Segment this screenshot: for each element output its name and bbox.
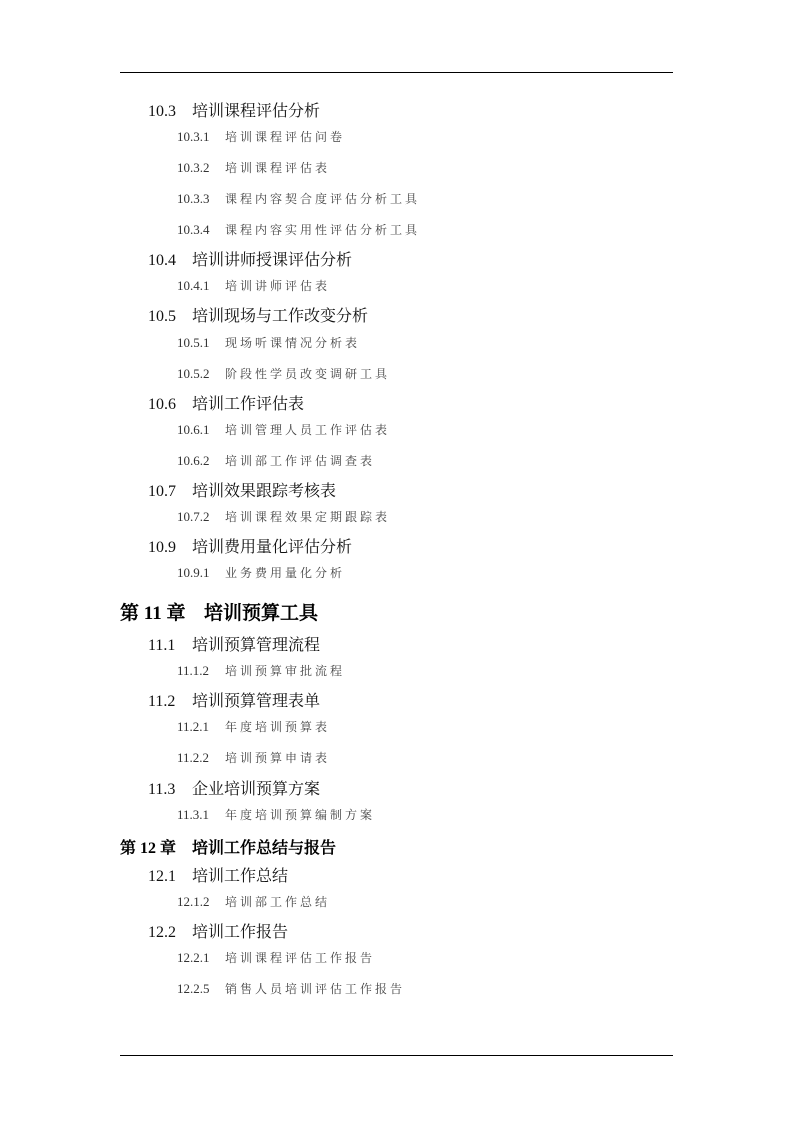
toc-number: 11.1 xyxy=(148,637,192,655)
toc-entry-sub[interactable]: 12.2.1培训课程评估工作报告 xyxy=(177,949,375,966)
toc-number: 11.3 xyxy=(148,781,192,799)
toc-entry-sub[interactable]: 10.6.2培训部工作评估调查表 xyxy=(177,452,375,469)
toc-entry-section[interactable]: 10.9培训费用量化评估分析 xyxy=(148,534,352,557)
toc-number: 10.3.2 xyxy=(177,160,225,176)
toc-number: 第 11 章 xyxy=(120,598,204,625)
toc-entry-section[interactable]: 10.5培训现场与工作改变分析 xyxy=(148,303,368,326)
toc-title: 培训预算工具 xyxy=(204,603,318,624)
toc-title: 培训课程评估问卷 xyxy=(225,130,345,144)
toc-title: 现场听课情况分析表 xyxy=(225,336,360,350)
toc-title: 培训工作报告 xyxy=(192,924,288,941)
toc-number: 11.2.1 xyxy=(177,719,225,735)
toc-entry-sub[interactable]: 11.1.2培训预算审批流程 xyxy=(177,662,345,679)
toc-entry-section[interactable]: 10.7培训效果跟踪考核表 xyxy=(148,478,336,501)
toc-number: 11.2.2 xyxy=(177,750,225,766)
toc-number: 10.4.1 xyxy=(177,278,225,294)
toc-number: 10.3.1 xyxy=(177,129,225,145)
toc-title: 年度培训预算表 xyxy=(225,720,330,734)
toc-entry-chapter[interactable]: 第 11 章培训预算工具 xyxy=(120,598,318,625)
toc-entry-section[interactable]: 12.2培训工作报告 xyxy=(148,919,288,942)
toc-entry-sub[interactable]: 12.1.2培训部工作总结 xyxy=(177,893,330,910)
toc-title: 阶段性学员改变调研工具 xyxy=(225,367,390,381)
toc-entry-section[interactable]: 11.1培训预算管理流程 xyxy=(148,632,320,655)
toc-title: 课程内容实用性评估分析工具 xyxy=(225,223,420,237)
toc-title: 培训课程效果定期跟踪表 xyxy=(225,510,390,524)
toc-number: 12.2.5 xyxy=(177,981,225,997)
toc-number: 11.3.1 xyxy=(177,807,225,823)
toc-entry-sub[interactable]: 10.9.1业务费用量化分析 xyxy=(177,564,345,581)
header-rule xyxy=(120,72,673,73)
toc-title: 培训部工作总结 xyxy=(225,895,330,909)
toc-title: 销售人员培训评估工作报告 xyxy=(225,982,405,996)
toc-number: 10.6.1 xyxy=(177,422,225,438)
toc-number: 10.5.1 xyxy=(177,335,225,351)
toc-title: 培训预算管理流程 xyxy=(192,637,320,654)
toc-title: 培训工作总结与报告 xyxy=(192,840,336,857)
toc-title: 培训预算审批流程 xyxy=(225,664,345,678)
toc-number: 10.5 xyxy=(148,308,192,326)
toc-entry-section[interactable]: 12.1培训工作总结 xyxy=(148,863,288,886)
toc-title: 培训预算申请表 xyxy=(225,751,330,765)
toc-entry-sub[interactable]: 10.3.2培训课程评估表 xyxy=(177,159,330,176)
toc-entry-section[interactable]: 10.4培训讲师授课评估分析 xyxy=(148,247,352,270)
toc-entry-section[interactable]: 10.6培训工作评估表 xyxy=(148,391,304,414)
toc-title: 培训预算管理表单 xyxy=(192,693,320,710)
toc-number: 10.3 xyxy=(148,103,192,121)
toc-title: 课程内容契合度评估分析工具 xyxy=(225,192,420,206)
toc-title: 年度培训预算编制方案 xyxy=(225,808,375,822)
toc-title: 培训工作总结 xyxy=(192,868,288,885)
toc-entry-sub[interactable]: 10.7.2培训课程效果定期跟踪表 xyxy=(177,508,390,525)
toc-entry-sub[interactable]: 10.3.4课程内容实用性评估分析工具 xyxy=(177,221,420,238)
toc-number: 12.2 xyxy=(148,924,192,942)
toc-number: 第 12 章 xyxy=(120,835,192,858)
toc-title: 培训部工作评估调查表 xyxy=(225,454,375,468)
toc-number: 10.7 xyxy=(148,483,192,501)
toc-number: 10.6 xyxy=(148,396,192,414)
toc-entry-sub[interactable]: 10.4.1培训讲师评估表 xyxy=(177,277,330,294)
toc-number: 12.2.1 xyxy=(177,950,225,966)
toc-entry-chapter[interactable]: 第 12 章培训工作总结与报告 xyxy=(120,835,336,858)
toc-title: 培训讲师授课评估分析 xyxy=(192,252,352,269)
toc-number: 12.1 xyxy=(148,868,192,886)
toc-entry-section[interactable]: 11.3企业培训预算方案 xyxy=(148,776,320,799)
toc-title: 培训效果跟踪考核表 xyxy=(192,483,336,500)
toc-number: 10.9 xyxy=(148,539,192,557)
toc-title: 培训工作评估表 xyxy=(192,396,304,413)
toc-entry-sub[interactable]: 11.2.2培训预算申请表 xyxy=(177,749,330,766)
toc-entry-sub[interactable]: 10.5.2阶段性学员改变调研工具 xyxy=(177,365,390,382)
toc-title: 业务费用量化分析 xyxy=(225,566,345,580)
toc-number: 10.5.2 xyxy=(177,366,225,382)
toc-title: 培训课程评估分析 xyxy=(192,103,320,120)
toc-title: 培训费用量化评估分析 xyxy=(192,539,352,556)
toc-entry-sub[interactable]: 10.5.1现场听课情况分析表 xyxy=(177,334,360,351)
toc-title: 企业培训预算方案 xyxy=(192,781,320,798)
toc-title: 培训课程评估工作报告 xyxy=(225,951,375,965)
toc-entry-sub[interactable]: 12.2.5销售人员培训评估工作报告 xyxy=(177,980,405,997)
footer-rule xyxy=(120,1055,673,1056)
toc-entry-sub[interactable]: 11.3.1年度培训预算编制方案 xyxy=(177,806,375,823)
toc-entry-sub[interactable]: 10.3.1培训课程评估问卷 xyxy=(177,128,345,145)
toc-entry-sub[interactable]: 10.3.3课程内容契合度评估分析工具 xyxy=(177,190,420,207)
toc-title: 培训管理人员工作评估表 xyxy=(225,423,390,437)
toc-number: 10.9.1 xyxy=(177,565,225,581)
toc-number: 11.1.2 xyxy=(177,663,225,679)
toc-entry-section[interactable]: 11.2培训预算管理表单 xyxy=(148,688,320,711)
toc-number: 10.3.3 xyxy=(177,191,225,207)
toc-title: 培训课程评估表 xyxy=(225,161,330,175)
toc-title: 培训现场与工作改变分析 xyxy=(192,308,368,325)
toc-title: 培训讲师评估表 xyxy=(225,279,330,293)
toc-entry-section[interactable]: 10.3培训课程评估分析 xyxy=(148,98,320,121)
toc-entry-sub[interactable]: 10.6.1培训管理人员工作评估表 xyxy=(177,421,390,438)
toc-entry-sub[interactable]: 11.2.1年度培训预算表 xyxy=(177,718,330,735)
toc-number: 10.6.2 xyxy=(177,453,225,469)
toc-number: 11.2 xyxy=(148,693,192,711)
toc-number: 10.7.2 xyxy=(177,509,225,525)
toc-number: 10.3.4 xyxy=(177,222,225,238)
toc-number: 12.1.2 xyxy=(177,894,225,910)
toc-number: 10.4 xyxy=(148,252,192,270)
